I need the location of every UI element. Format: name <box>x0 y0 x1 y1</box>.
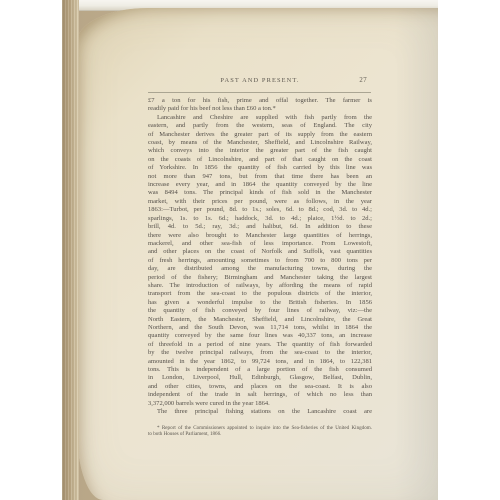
text-line: amounted in the year 1862, to 99,724 ton… <box>148 358 372 366</box>
text-line: Lancashire and Cheshire are supplied wit… <box>148 114 372 122</box>
text-line: sparlings, 1s. to 1s. 6d.; haddock, 3d. … <box>148 215 372 223</box>
text-line: independent of the trade in salt herring… <box>148 391 372 399</box>
text-line: of threefold in a period of nine years. … <box>148 341 372 349</box>
text-line: to both Houses of Parliament, 1866. <box>148 431 372 437</box>
text-line: has given a wonderful impulse to the Bri… <box>148 299 372 307</box>
text-line: in London, Liverpool, Hull, Edinburgh, G… <box>148 374 372 382</box>
header-rule <box>148 92 371 93</box>
text-line: not more than 947 tons, but from that ti… <box>148 173 372 181</box>
text-line: market, with their prices per pound, wer… <box>148 198 372 206</box>
text-line: readily paid for his beef not less than … <box>148 105 372 113</box>
text-line: share. The introduction of railways, by … <box>148 282 372 290</box>
body-text: £7 a ton for his fish, prime and offal t… <box>148 97 372 416</box>
text-line: day, are distributed among the manufactu… <box>148 265 372 273</box>
text-line: on the coasts of Lincolnshire, and part … <box>148 156 372 164</box>
text-line: tons. This is independent of a large por… <box>148 366 372 374</box>
text-line: of Manchester derives the greater part o… <box>148 131 372 139</box>
book-fore-edge <box>62 0 79 500</box>
text-line: The three principal fishing stations on … <box>148 408 372 416</box>
text-line: was 8494 tons. The principal kinds of fi… <box>148 189 372 197</box>
text-line: increase every year, and in 1864 the qua… <box>148 181 372 189</box>
text-line: there were also brought to Manchester la… <box>148 232 372 240</box>
footnote: * Report of the Commissioners appointed … <box>148 425 372 438</box>
text-line: by the twelve principal railways, from t… <box>148 349 372 357</box>
text-line: period of the fishery; Birmingham and Ma… <box>148 274 372 282</box>
text-line: the quantity of fish conveyed by four li… <box>148 307 372 315</box>
text-line: quantity conveyed by the same four lines… <box>148 332 372 340</box>
book-page: PAST AND PRESENT. 27 £7 a ton for his fi… <box>77 8 438 500</box>
running-header: PAST AND PRESENT. <box>148 76 372 85</box>
text-line: and other places on the coast of Norfolk… <box>148 248 372 256</box>
text-line: 1863:—Turbot, per pound, 8d. to 1s.; sol… <box>148 206 372 214</box>
text-line: eastern, and partly from the western, se… <box>148 122 372 130</box>
page-header: PAST AND PRESENT. 27 <box>148 76 372 85</box>
text-line: 3,372,000 barrels were cured in the year… <box>148 400 372 408</box>
text-line: coast, by means of the Manchester, Sheff… <box>148 139 372 147</box>
text-line: transport from the sea-coast to the popu… <box>148 290 372 298</box>
text-line: and other cities, towns, and places on t… <box>148 383 372 391</box>
text-line: mackerel, and other sea-fish of less imp… <box>148 240 372 248</box>
text-line: Northern, and the South Devon, was 11,71… <box>148 324 372 332</box>
text-line: of fresh herrings, amounting sometimes t… <box>148 257 372 265</box>
text-line: North Eastern, the Manchester, Sheffield… <box>148 316 372 324</box>
page-number: 27 <box>359 76 367 85</box>
text-line: which conveys into the interior the grea… <box>148 147 372 155</box>
text-line: brill, 4d. to 5d.; ray, 3d.; and halibut… <box>148 223 372 231</box>
text-line: of Yorkshire. In 1856 the quantity of fi… <box>148 164 372 172</box>
text-line: £7 a ton for his fish, prime and offal t… <box>148 97 372 105</box>
book-photo: PAST AND PRESENT. 27 £7 a ton for his fi… <box>62 0 438 500</box>
